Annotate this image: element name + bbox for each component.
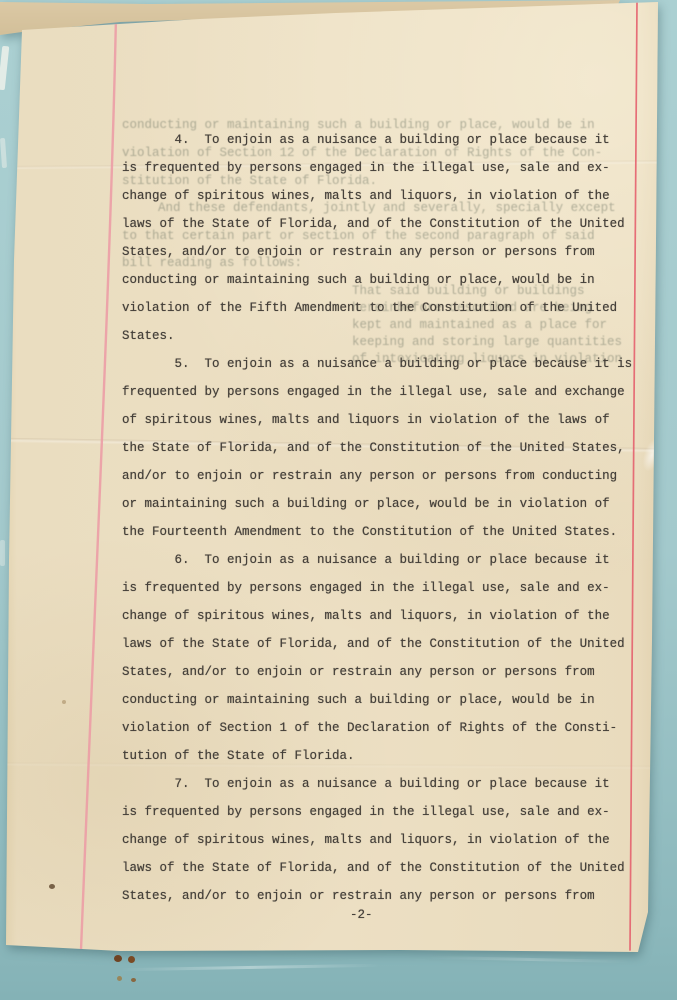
foxing-speck [114, 955, 122, 962]
text-line: the Fourteenth Amendment to the Constitu… [122, 518, 662, 546]
text-line: conducting or maintaining such a buildin… [122, 686, 662, 714]
typewritten-text-block: 4. To enjoin as a nuisance a building or… [122, 126, 662, 910]
text-line: 6. To enjoin as a nuisance a building or… [122, 546, 662, 574]
text-line: is frequented by persons engaged in the … [122, 798, 662, 826]
document-paper: conducting or maintaining such a buildin… [0, 0, 677, 1000]
text-line: States, and/or to enjoin or restrain any… [122, 882, 662, 910]
foxing-speck [62, 700, 66, 704]
text-line: is frequented by persons engaged in the … [122, 154, 662, 182]
text-line: or maintaining such a building or place,… [122, 490, 662, 518]
foxing-speck [117, 976, 122, 981]
text-line: is frequented by persons engaged in the … [122, 574, 662, 602]
foxing-speck [131, 978, 136, 982]
text-line: 4. To enjoin as a nuisance a building or… [122, 126, 662, 154]
text-line: conducting or maintaining such a buildin… [122, 266, 662, 294]
scanned-document-page: conducting or maintaining such a buildin… [0, 0, 677, 1000]
text-line: States, and/or to enjoin or restrain any… [122, 658, 662, 686]
text-line: and/or to enjoin or restrain any person … [122, 462, 662, 490]
text-line: tution of the State of Florida. [122, 742, 662, 770]
text-line: change of spiritous wines, malts and liq… [122, 602, 662, 630]
text-line: of spiritous wines, malts and liquors in… [122, 406, 662, 434]
text-line: States, and/or to enjoin or restrain any… [122, 238, 662, 266]
text-line: change of spiritous wines, malts and liq… [122, 182, 662, 210]
paper-stack: conducting or maintaining such a buildin… [0, 0, 677, 1000]
foxing-speck [128, 956, 135, 963]
text-line: laws of the State of Florida, and of the… [122, 630, 662, 658]
text-line: frequented by persons engaged in the ill… [122, 378, 662, 406]
text-line: violation of Section 1 of the Declaratio… [122, 714, 662, 742]
text-line: 5. To enjoin as a nuisance a building or… [122, 350, 662, 378]
text-line: violation of the Fifth Amendment to the … [122, 294, 662, 322]
text-line: States. [122, 322, 662, 350]
text-line: change of spiritous wines, malts and liq… [122, 826, 662, 854]
text-line: the State of Florida, and of the Constit… [122, 434, 662, 462]
page-number: -2- [350, 908, 373, 922]
text-line: 7. To enjoin as a nuisance a building or… [122, 770, 662, 798]
text-line: laws of the State of Florida, and of the… [122, 210, 662, 238]
foxing-speck [49, 884, 55, 889]
text-line: laws of the State of Florida, and of the… [122, 854, 662, 882]
